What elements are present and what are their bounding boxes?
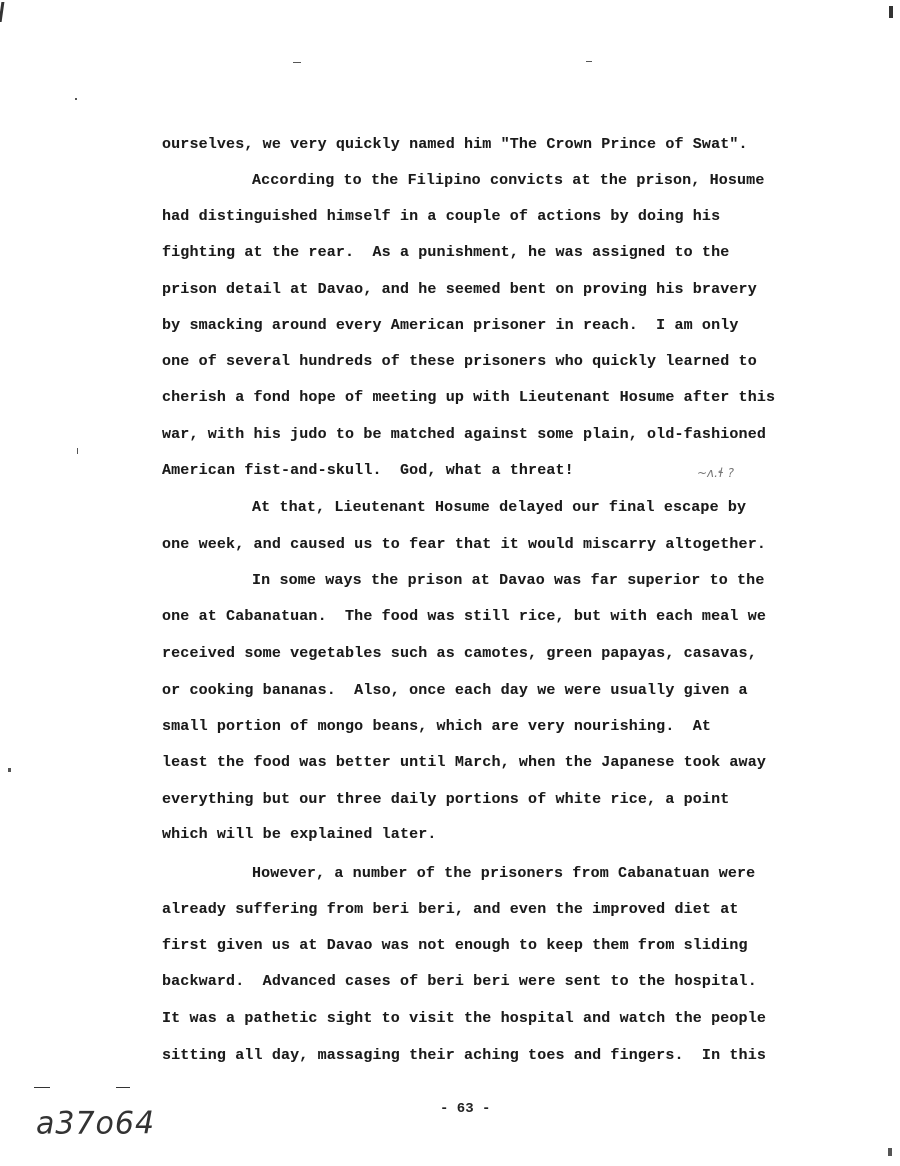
page-number: - 63 - — [440, 1101, 490, 1117]
text-line: which will be explained later. — [162, 826, 437, 844]
text-line: According to the Filipino convicts at th… — [252, 172, 764, 190]
text-line: fighting at the rear. As a punishment, h… — [162, 244, 729, 262]
text-line: backward. Advanced cases of beri beri we… — [162, 973, 757, 991]
text-line: received some vegetables such as camotes… — [162, 645, 757, 663]
text-line: ourselves, we very quickly named him "Th… — [162, 136, 748, 154]
text-line: It was a pathetic sight to visit the hos… — [162, 1010, 766, 1028]
scan-dash-mark — [116, 1087, 130, 1088]
text-line: already suffering from beri beri, and ev… — [162, 901, 739, 919]
text-line: had distinguished himself in a couple of… — [162, 208, 720, 226]
scan-edge-mark — [0, 2, 4, 22]
text-line: or cooking bananas. Also, once each day … — [162, 682, 748, 700]
text-line: In some ways the prison at Davao was far… — [252, 572, 764, 590]
scan-speck — [586, 61, 592, 62]
scan-speck — [293, 62, 301, 63]
text-line: by smacking around every American prison… — [162, 317, 739, 335]
scan-corner-mark — [889, 6, 893, 18]
text-line: American fist-and-skull. God, what a thr… — [162, 462, 574, 480]
text-line: cherish a fond hope of meeting up with L… — [162, 389, 775, 407]
text-line: At that, Lieutenant Hosume delayed our f… — [252, 499, 746, 517]
document-page: ourselves, we very quickly named him "Th… — [0, 0, 900, 1166]
text-line: one of several hundreds of these prisone… — [162, 353, 757, 371]
text-line: war, with his judo to be matched against… — [162, 426, 766, 444]
text-line: prison detail at Davao, and he seemed be… — [162, 281, 757, 299]
text-line: However, a number of the prisoners from … — [252, 865, 755, 883]
text-line: sitting all day, massaging their aching … — [162, 1047, 766, 1065]
scan-speck — [888, 1148, 892, 1156]
handwritten-document-id: a37o64 — [36, 1105, 155, 1142]
scan-speck — [77, 448, 78, 454]
text-line: least the food was better until March, w… — [162, 754, 766, 772]
scan-dash-mark — [34, 1087, 50, 1088]
text-line: small portion of mongo beans, which are … — [162, 718, 711, 736]
scan-speck — [8, 768, 11, 772]
text-line: everything but our three daily portions … — [162, 791, 729, 809]
text-line: one week, and caused us to fear that it … — [162, 536, 766, 554]
text-line: first given us at Davao was not enough t… — [162, 937, 748, 955]
scan-speck — [75, 98, 77, 100]
handwritten-annotation: ~ʌ.ɬ ? — [697, 466, 734, 480]
text-line: one at Cabanatuan. The food was still ri… — [162, 608, 766, 626]
